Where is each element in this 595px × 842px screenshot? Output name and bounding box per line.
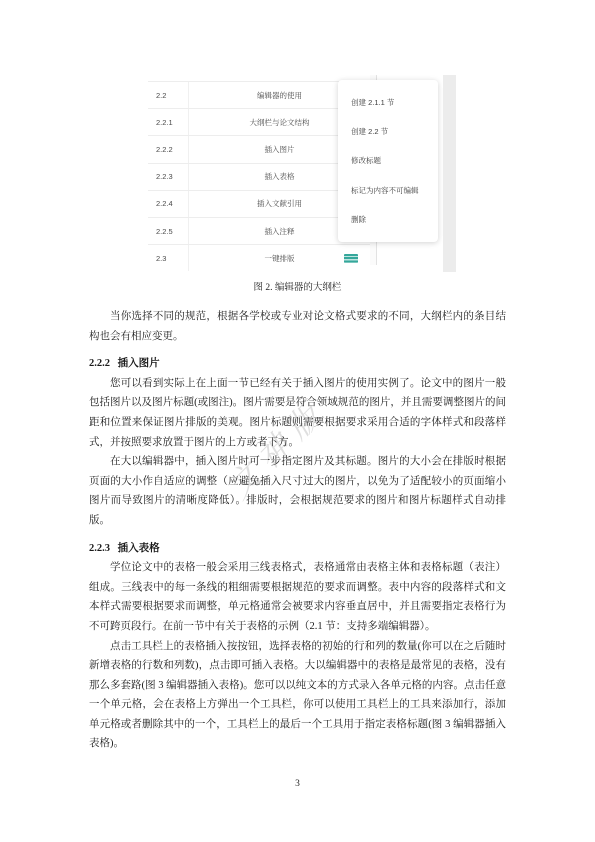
- outline-row-partial: [148, 75, 370, 82]
- outline-row-number: 2.2.1: [148, 118, 188, 127]
- paragraph-intro: 当你选择不同的规范，根据各学校或专业对论文格式要求的不同，大纲栏内的条目结构也会…: [89, 307, 506, 346]
- outline-panel: 2.2 编辑器的使用 2.2.1 大纲栏与论文结构 2.2.2 插入图片 2.2…: [148, 75, 370, 272]
- outline-row-2-2: 2.2 编辑器的使用: [148, 82, 370, 109]
- paragraph-insert-table-2: 点击工具栏上的表格插入按按钮，选择表格的初始的行和列的数量(你可以在之后随时新增…: [89, 637, 506, 755]
- outline-row-title: 一键排版: [188, 245, 370, 271]
- outline-row-number: 2.2: [148, 91, 188, 100]
- figure-editor-outline: 2.2 编辑器的使用 2.2.1 大纲栏与论文结构 2.2.2 插入图片 2.2…: [148, 75, 470, 272]
- outline-row-2-2-5: 2.2.5 插入注释: [148, 218, 370, 245]
- menu-item-rename: 修改标题: [338, 146, 438, 175]
- menu-item-create-2-2: 创建 2.2 节: [338, 117, 438, 146]
- section-heading-2-2-2: 2.2.2 插入图片: [89, 354, 506, 374]
- list-icon: [344, 254, 358, 263]
- outline-row-number: 2.2.4: [148, 199, 188, 208]
- menu-item-create-2-1-1: 创建 2.1.1 节: [338, 88, 438, 117]
- context-menu: 创建 2.1.1 节 创建 2.2 节 修改标题 标记为内容不可编辑 删除: [338, 80, 438, 242]
- heading-number: 2.2.2: [89, 358, 110, 369]
- body-text: 当你选择不同的规范，根据各学校或专业对论文格式要求的不同，大纲栏内的条目结构也会…: [89, 307, 506, 754]
- outline-row-number: 2.2.3: [148, 172, 188, 181]
- outline-row-number: 2.2.5: [148, 227, 188, 236]
- section-heading-2-2-3: 2.2.3 插入表格: [89, 539, 506, 559]
- heading-title: 插入图片: [118, 357, 160, 369]
- outline-row-2-2-4: 2.2.4 插入文献引用: [148, 191, 370, 218]
- outline-row-number: 2.3: [148, 254, 188, 263]
- outline-row-2-2-2: 2.2.2 插入图片: [148, 136, 370, 163]
- paragraph-insert-image-2: 在大以编辑器中，插入图片时可一步指定图片及其标题。图片的大小会在排版时根据页面的…: [89, 452, 506, 530]
- heading-number: 2.2.3: [89, 543, 110, 554]
- outline-row-2-2-1: 2.2.1 大纲栏与论文结构: [148, 109, 370, 136]
- paragraph-insert-table-1: 学位论文中的表格一般会采用三线表格式，表格通常由表格主体和表格标题（表注）组成。…: [89, 558, 506, 636]
- menu-item-delete: 删除: [338, 205, 438, 234]
- outline-row-2-2-3: 2.2.3 插入表格: [148, 164, 370, 191]
- paragraph-insert-image-1: 您可以看到实际上在上面一节已经有关于插入图片的使用实例了。论文中的图片一般包括图…: [89, 374, 506, 452]
- figure-caption: 图 2. 编辑器的大纲栏: [0, 279, 595, 293]
- heading-title: 插入表格: [118, 542, 160, 554]
- outline-row-2-3: 2.3 一键排版: [148, 245, 370, 271]
- outline-row-number: 2.2.2: [148, 145, 188, 154]
- page-number: 3: [0, 779, 595, 789]
- document-page: 文神版 2.2 编辑器的使用 2.2.1 大纲栏与论文结构 2.2.2 插入图片…: [0, 0, 595, 842]
- menu-item-mark-readonly: 标记为内容不可编辑: [338, 176, 438, 205]
- canvas-edge-strip: [443, 75, 456, 272]
